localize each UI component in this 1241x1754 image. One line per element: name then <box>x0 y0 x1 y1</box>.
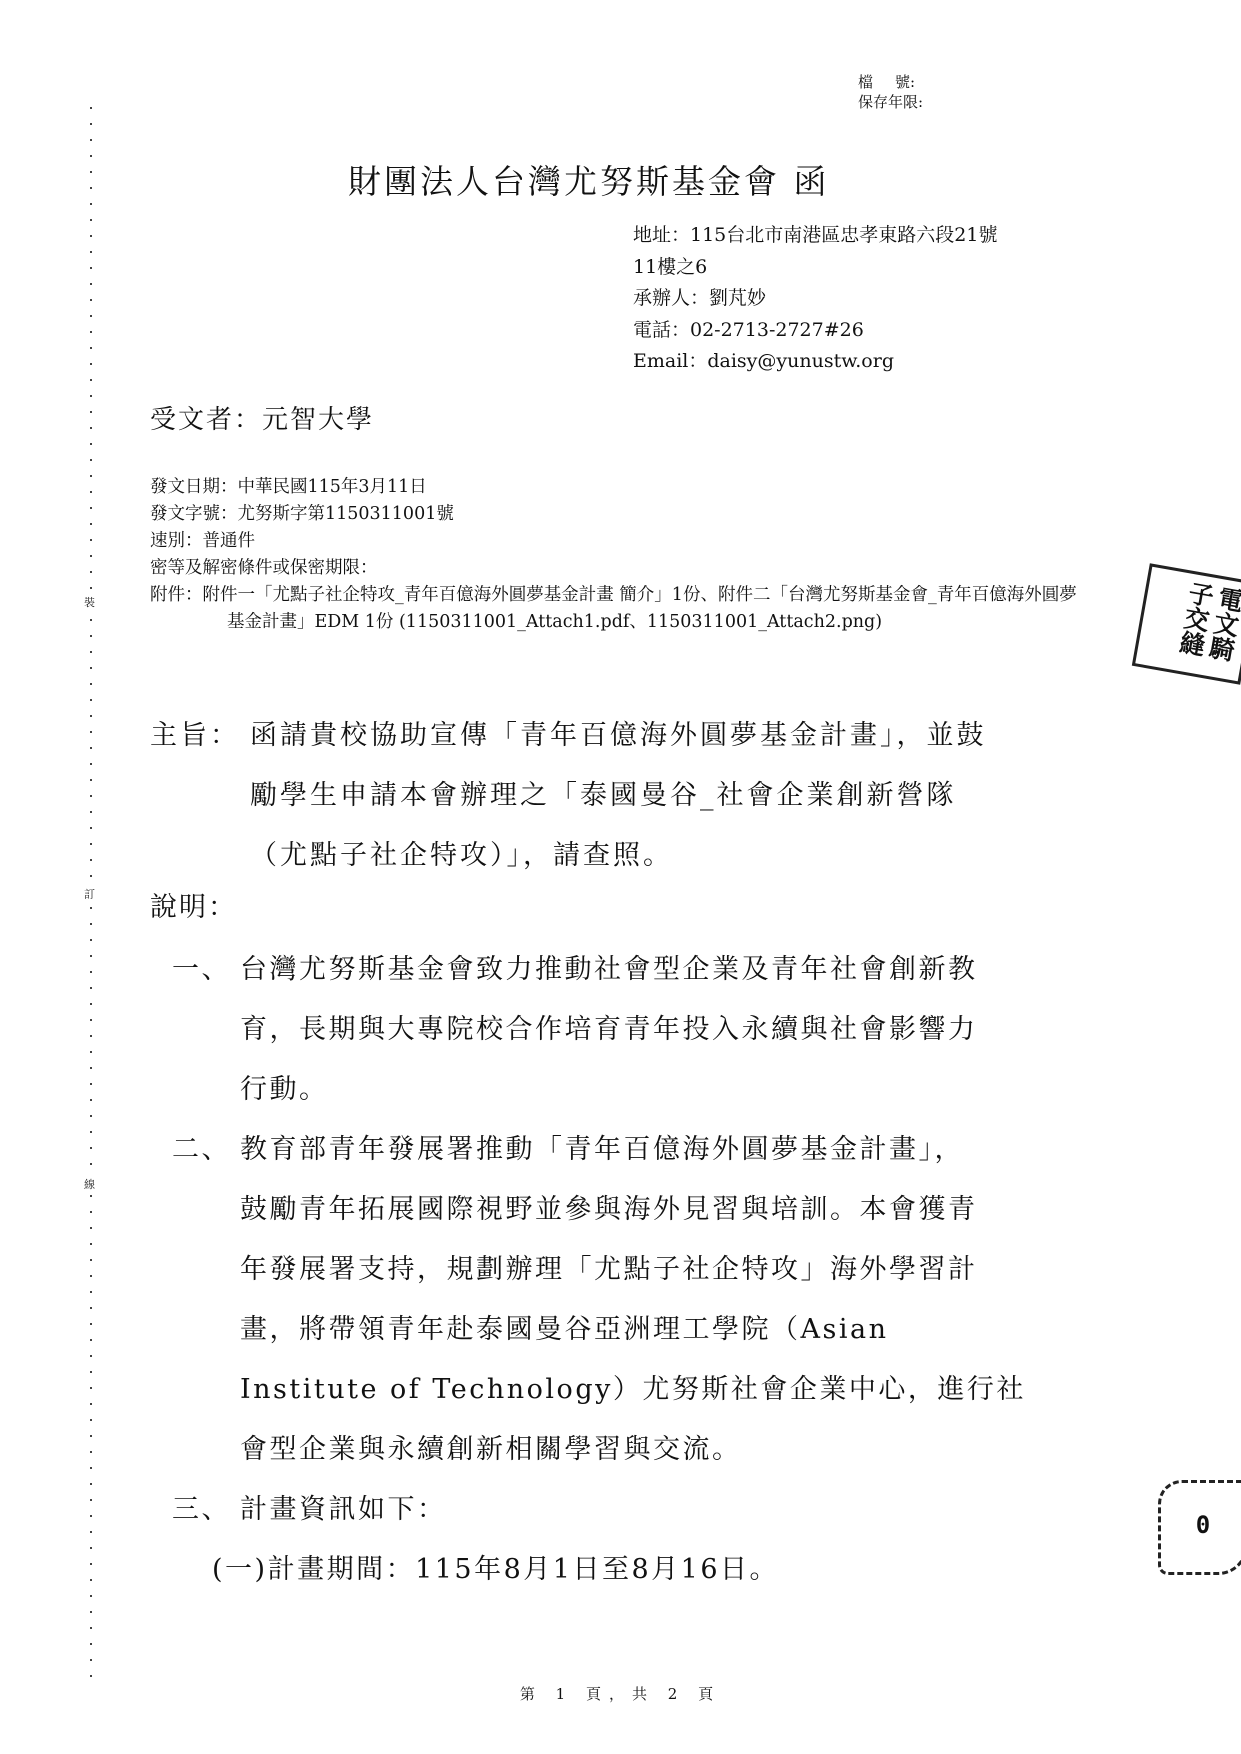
item-number: 一、 <box>172 940 240 1000</box>
electronic-exchange-seal-stamp: 電文騎 子交縫 <box>1132 563 1241 685</box>
sender-contact: 承辦人：劉芃妙 <box>633 283 997 315</box>
file-metadata: 檔號: 保存年限: <box>858 72 923 112</box>
plan-period: (一)計畫期間：115年8月1日至8月16日。 <box>172 1540 1102 1600</box>
subject-label: 主旨： <box>150 706 250 766</box>
explanation-item-2: 二、教育部青年發展署推動「青年百億海外圓夢基金計畫」， 鼓勵青年拓展國際視野並參… <box>172 1120 1102 1480</box>
subject-line-2: 勵學生申請本會辦理之「泰國曼谷_社會企業創新營隊 <box>150 766 1090 826</box>
explanation-body: 一、台灣尤努斯基金會致力推動社會型企業及青年社會創新教 育，長期與大專院校合作培… <box>172 940 1102 1600</box>
explanation-item-3: 三、計畫資訊如下： (一)計畫期間：115年8月1日至8月16日。 <box>172 1480 1102 1600</box>
subject-section: 主旨：函請貴校協助宣傳「青年百億海外圓夢基金計畫」，並鼓 勵學生申請本會辦理之「… <box>150 706 1090 886</box>
document-number: 發文字號：尤努斯字第1150311001號 <box>150 501 1080 528</box>
priority: 速別：普通件 <box>150 528 1080 555</box>
binding-mark-ding: 訂 <box>84 886 95 904</box>
issue-date: 發文日期：中華民國115年3月11日 <box>150 474 1080 501</box>
explanation-label: 說明： <box>150 888 237 928</box>
sender-address-cont: 11樓之6 <box>633 252 997 284</box>
explanation-item-1: 一、台灣尤努斯基金會致力推動社會型企業及青年社會創新教 育，長期與大專院校合作培… <box>172 940 1102 1120</box>
page-seal-stamp: 0 <box>1158 1480 1241 1575</box>
document-meta: 發文日期：中華民國115年3月11日 發文字號：尤努斯字第1150311001號… <box>150 474 1080 636</box>
file-number-label: 檔號: <box>858 72 923 92</box>
item-number: 二、 <box>172 1120 240 1180</box>
page-indicator: 第 1 頁，共 2 頁 <box>0 1683 1241 1704</box>
classification: 密等及解密條件或保密期限： <box>150 555 1080 582</box>
recipient: 受文者：元智大學 <box>150 402 374 438</box>
sender-email: Email：daisy@yunustw.org <box>633 346 997 378</box>
attachments: 附件：附件一「尤點子社企特攻_青年百億海外圓夢基金計畫 簡介」1份、附件二「台灣… <box>150 582 1080 636</box>
document-title: 財團法人台灣尤努斯基金會 函 <box>348 160 830 204</box>
retention-period-label: 保存年限: <box>858 92 923 112</box>
binding-mark-zhuang: 裝 <box>84 594 95 612</box>
item-number: 三、 <box>172 1480 240 1540</box>
sender-address: 地址：115台北市南港區忠孝東路六段21號 <box>633 220 997 252</box>
sender-info: 地址：115台北市南港區忠孝東路六段21號 11樓之6 承辦人：劉芃妙 電話：0… <box>633 220 997 378</box>
subject-line-1: 主旨：函請貴校協助宣傳「青年百億海外圓夢基金計畫」，並鼓 <box>150 706 1090 766</box>
binding-mark-xian: 線 <box>84 1176 95 1194</box>
subject-line-3: （尤點子社企特攻）」，請查照。 <box>150 826 1090 886</box>
sender-phone: 電話：02-2713-2727#26 <box>633 315 997 347</box>
